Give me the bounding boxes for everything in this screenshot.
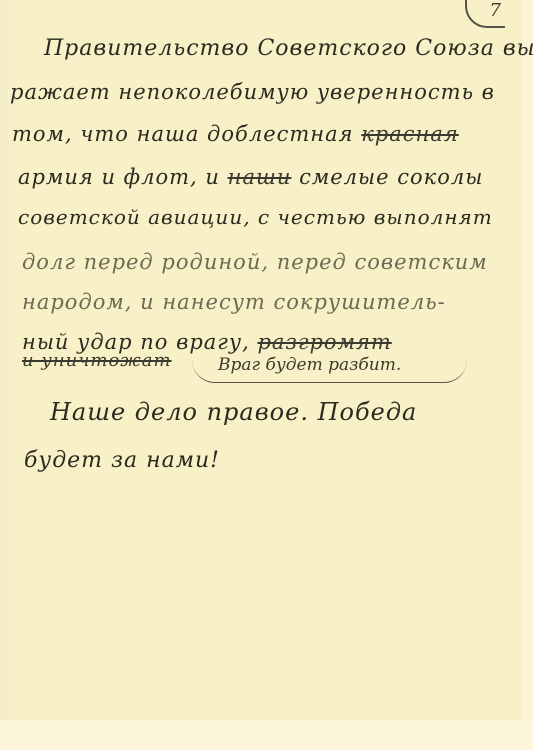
struck-word: и уничтожат (22, 350, 172, 371)
paper-edge-bottom (0, 720, 533, 750)
line-text: народом, и нанесут сокрушитель- (22, 290, 446, 314)
line-text: будет за нами! (24, 448, 220, 473)
manuscript-line-4: армия и флот, и наши смелые соколы (18, 165, 483, 189)
manuscript-line-7: народом, и нанесут сокрушитель- (22, 290, 446, 314)
struck-word: красная (361, 122, 459, 146)
manuscript-line-10: Наше дело правое. Победа (50, 398, 417, 426)
line-text: долг перед родиной, перед советским (22, 250, 488, 274)
manuscript-line-3: том, что наша доблестная красная (12, 122, 459, 146)
manuscript-line-2: ражает непоколебимую уверенность в (10, 80, 495, 104)
manuscript-line-5: советской авиации, с честью выполнят (18, 205, 493, 229)
line-text: советской авиации, с честью выполнят (18, 205, 493, 229)
line-text: Наше дело правое. Победа (50, 398, 417, 426)
manuscript-line-1: Правительство Советского Союза вы- (44, 36, 533, 61)
line-text: Правительство Советского Союза вы- (44, 36, 533, 61)
line-text: смелые соколы (299, 165, 483, 189)
inserted-sentence: Враг будет разбит. (218, 355, 401, 375)
struck-word: наши (228, 165, 292, 189)
line-text: ражает непоколебимую уверенность в (10, 80, 495, 104)
line-text: армия и флот, и (18, 165, 220, 189)
manuscript-line-11: будет за нами! (24, 448, 220, 473)
manuscript-line-9: и уничтожат (22, 350, 172, 371)
page-number: 7 (465, 0, 505, 28)
paper-edge-right (521, 0, 533, 750)
manuscript-line-6: долг перед родиной, перед советским (22, 250, 488, 274)
struck-word: разгромят (257, 330, 391, 354)
manuscript-page: 7 Правительство Советского Союза вы- раж… (0, 0, 533, 750)
line-text: том, что наша доблестная (12, 122, 354, 146)
paper-edge-left (0, 0, 8, 750)
